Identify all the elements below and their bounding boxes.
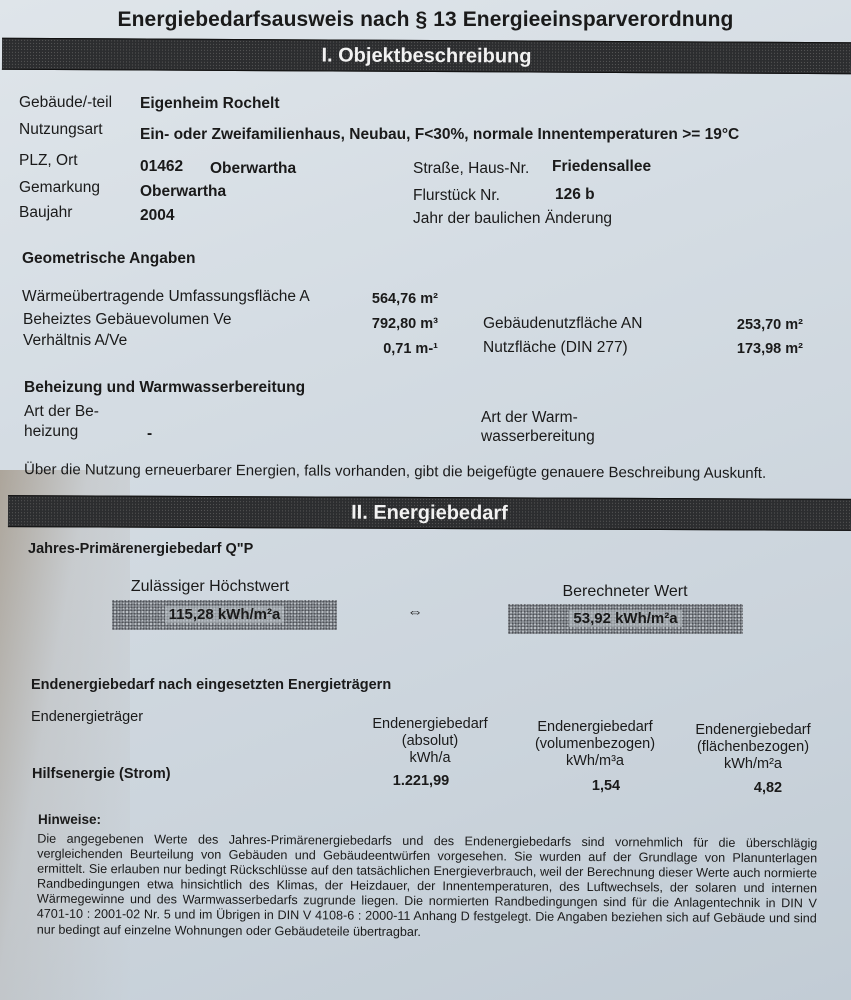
col-flaeche-line1: Endenergiebedarf (678, 722, 828, 739)
row-absolut: 1.221,99 (380, 773, 462, 789)
baujahr-label: Baujahr (19, 204, 72, 222)
aenderung-label: Jahr der baulichen Änderung (413, 210, 612, 228)
beheizung-label-2: heizung (24, 423, 78, 441)
max-label: Zulässiger Höchstwert (110, 578, 310, 596)
col-volumen-line3: kWh/m³a (520, 753, 670, 770)
erneuerbare-note: Über die Nutzung erneuerbarer Energien, … (24, 461, 766, 482)
hinweise-heading: Hinweise: (38, 812, 101, 827)
col-absolut-header: Endenergiebedarf (absolut) kWh/a (355, 716, 505, 767)
gebaeude-value: Eigenheim Rochelt (140, 95, 280, 113)
calc-value-box: 53,92 kWh/m²a (508, 604, 743, 634)
volumen-value: 792,80 m³ (340, 316, 438, 332)
col-volumen-line2: (volumenbezogen) (520, 736, 670, 753)
max-value: 115,28 kWh/m²a (165, 606, 285, 623)
section-header-energiebedarf: II. Energiebedarf (8, 495, 851, 531)
gemarkung-value: Oberwartha (140, 183, 226, 201)
col-volumen-line1: Endenergiebedarf (520, 719, 670, 736)
flurstueck-value: 126 b (555, 186, 595, 204)
heizung-heading: Beheizung und Warmwasserbereitung (24, 379, 305, 397)
row-flaeche: 4,82 (738, 780, 798, 796)
plz-ort-label: PLZ, Ort (19, 152, 78, 170)
row-volumen: 1,54 (580, 778, 632, 794)
nutzungsart-value: Ein- oder Zweifamilienhaus, Neubau, F<30… (140, 126, 739, 144)
umfassung-value: 564,76 m² (340, 291, 438, 307)
calc-value: 53,92 kWh/m²a (569, 610, 681, 627)
col-traeger-header: Endenergieträger (31, 709, 143, 725)
max-value-box: 115,28 kWh/m²a (112, 600, 337, 630)
col-volumen-header: Endenergiebedarf (volumenbezogen) kWh/m³… (520, 719, 670, 770)
endenergie-heading: Endenergiebedarf nach eingesetzten Energ… (31, 677, 391, 693)
col-absolut-line1: Endenergiebedarf (355, 716, 505, 733)
volumen-label: Beheiztes Gebäuevolumen Ve (23, 311, 232, 329)
beheizung-value: - (147, 425, 152, 443)
strasse-value: Friedensallee (552, 158, 651, 176)
primaer-heading: Jahres-Primärenergiebedarf Q"P (28, 541, 253, 557)
gebaeude-label: Gebäude/-teil (19, 94, 112, 112)
hinweise-text: Die angegebenen Werte des Jahres-Primäre… (37, 832, 818, 942)
nutzungsart-label: Nutzungsart (19, 121, 103, 139)
compare-arrow-icon: ⇔ (407, 604, 423, 622)
nutzflaeche-din-label: Nutzfläche (DIN 277) (483, 339, 628, 357)
row-traeger: Hilfsenergie (Strom) (32, 766, 171, 782)
verhaeltnis-value: 0,71 m-¹ (340, 341, 438, 357)
warmwasser-label-1: Art der Warm- (481, 409, 578, 427)
col-flaeche-line3: kWh/m²a (678, 756, 828, 773)
warmwasser-label-2: wasserbereitung (481, 428, 595, 446)
calc-label: Berechneter Wert (525, 583, 725, 601)
nutzflaeche-din-value: 173,98 m² (700, 341, 803, 357)
col-absolut-line3: kWh/a (355, 750, 505, 767)
col-flaeche-line2: (flächenbezogen) (678, 739, 828, 756)
flurstueck-label: Flurstück Nr. (413, 187, 500, 205)
umfassung-label: Wärmeübertragende Umfassungsfläche A (22, 288, 310, 306)
verhaeltnis-label: Verhältnis A/Ve (23, 332, 127, 350)
nutzflaeche-an-label: Gebäudenutzfläche AN (483, 315, 642, 333)
geometrie-heading: Geometrische Angaben (22, 250, 195, 268)
ort-value: Oberwartha (210, 160, 296, 178)
col-flaeche-header: Endenergiebedarf (flächenbezogen) kWh/m²… (678, 722, 828, 773)
nutzflaeche-an-value: 253,70 m² (700, 317, 803, 333)
section-header-objektbeschreibung: I. Objektbeschreibung (2, 38, 851, 74)
strasse-label: Straße, Haus-Nr. (413, 160, 529, 178)
beheizung-label-1: Art der Be- (24, 403, 99, 421)
plz-value: 01462 (140, 158, 183, 176)
gemarkung-label: Gemarkung (19, 179, 100, 197)
col-absolut-line2: (absolut) (355, 733, 505, 750)
baujahr-value: 2004 (140, 207, 174, 225)
document-title: Energiebedarfsausweis nach § 13 Energiee… (0, 8, 851, 32)
